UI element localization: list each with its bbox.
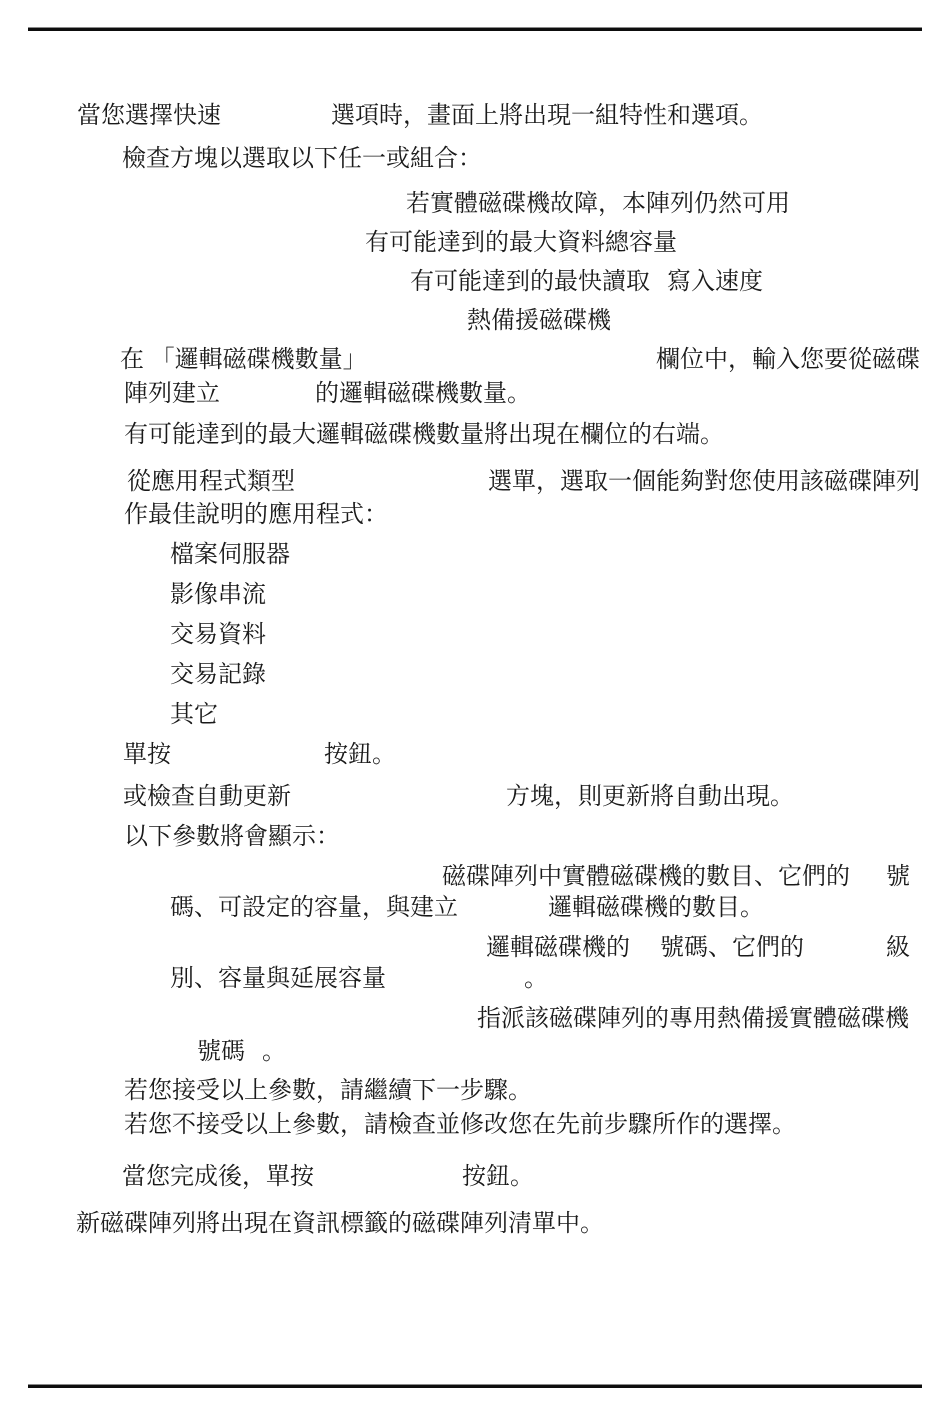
feature-hot-spare-text: 熱備援磁碟機 [467, 308, 611, 334]
logical-drive-count-text: 的邏輯磁碟機數量。 [315, 381, 531, 407]
auto-update-text: 或檢查自動更新 [123, 784, 291, 810]
param-raid-level-wrap-text: 級 [886, 935, 910, 961]
footer-rule [28, 1384, 922, 1388]
array-create-text: 陣列建立 [124, 381, 220, 407]
auto-update-note-text: 方塊，則更新將自動出現。 [506, 784, 794, 810]
button-text: 按鈕。 [324, 742, 396, 768]
param-logical-drives-text: 邏輯磁碟機的 [486, 935, 630, 961]
parameters-header-text: 以下參數將會顯示： [124, 824, 340, 850]
app-item-transaction-data: 交易資料 [170, 622, 266, 648]
intro-option-text: 選項時，畫面上將出現一組特性和選項。 [331, 103, 763, 129]
hot-spare-id-text: 號碼 [197, 1039, 245, 1065]
param-level-period: 。 [524, 966, 548, 992]
accept-note-text: 若您接受以上參數，請繼續下一步驟。 [124, 1078, 532, 1104]
feature-max-capacity-text: 有可能達到的最大資料總容量 [365, 230, 677, 256]
param-capacity-text: 碼、可設定的容量，與建立 [170, 895, 458, 921]
param-physical-id-wrap-text: 號 [886, 864, 910, 890]
param-logical-count-text: 邏輯磁碟機的數目。 [548, 895, 764, 921]
param-level-capacity-text: 別、容量與延展容量 [170, 966, 386, 992]
menu-select-text: 選單，選取一個能夠對您使用該磁碟陣列 [488, 469, 920, 495]
intro-quick-text: 當您選擇快速 [77, 103, 221, 129]
app-item-transaction-log: 交易記錄 [170, 662, 266, 688]
field-enter-text: 欄位中，輸入您要從磁碟 [656, 347, 920, 373]
reject-note-text: 若您不接受以上參數，請檢查並修改您在先前步驟所作的選擇。 [124, 1112, 796, 1138]
feature-read-speed-text: 有可能達到的最快讀取 [410, 269, 650, 295]
finish-click-text: 當您完成後，單按 [122, 1164, 314, 1190]
logical-drive-count-label: 在 「邏輯磁碟機數量」 [120, 347, 367, 373]
param-id-numbers-text: 號碼、它們的 [660, 935, 804, 961]
feature-fault-tolerance-text: 若實體磁碟機故障，本陣列仍然可用 [406, 191, 790, 217]
app-item-other: 其它 [170, 702, 218, 728]
param-physical-drives-text: 磁碟陣列中實體磁碟機的數目、它們的 [442, 864, 850, 890]
header-rule [28, 27, 922, 31]
application-type-label: 從應用程式類型 [127, 469, 295, 495]
feature-write-speed-text: 寫入速度 [667, 269, 763, 295]
param-hot-spare-text: 指派該磁碟陣列的專用熱備援實體磁碟機 [477, 1006, 909, 1032]
conclusion-text: 新磁碟陣列將出現在資訊標籤的磁碟陣列清單中。 [76, 1211, 604, 1237]
click-text: 單按 [123, 742, 171, 768]
checkbox-instruction-text: 檢查方塊以選取以下任一或組合： [122, 146, 482, 172]
app-item-file-server: 檔案伺服器 [170, 542, 290, 568]
app-item-video-streaming: 影像串流 [170, 582, 266, 608]
best-describe-text: 作最佳說明的應用程式： [124, 502, 388, 528]
manual-page: 當您選擇快速 選項時，畫面上將出現一組特性和選項。 檢查方塊以選取以下任一或組合… [0, 0, 950, 1414]
finish-button-text: 按鈕。 [462, 1164, 534, 1190]
max-logical-note-text: 有可能達到的最大邏輯磁碟機數量將出現在欄位的右端。 [124, 422, 724, 448]
hot-spare-period: 。 [262, 1039, 286, 1065]
